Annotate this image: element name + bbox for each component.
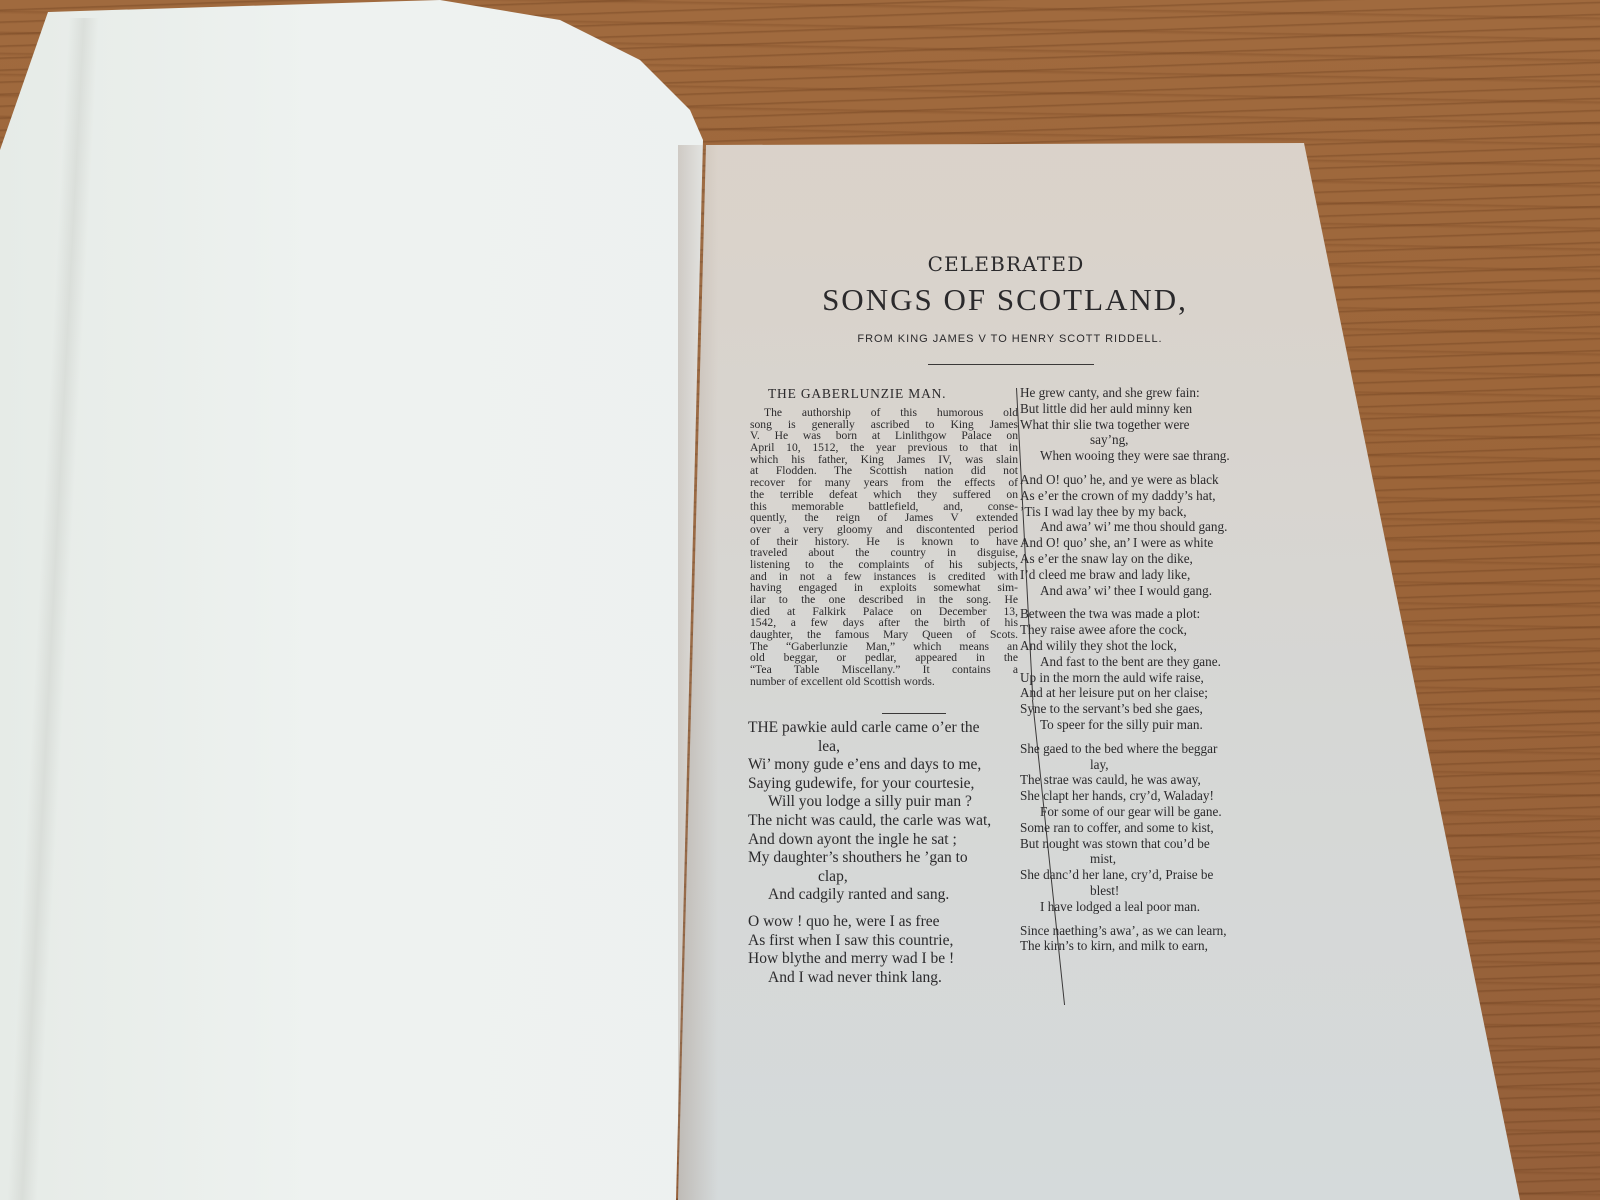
verse-line: clap,	[748, 868, 1060, 887]
intro-line: over a very gloomy and discontented peri…	[750, 524, 1018, 536]
verse-line: He grew canty, and she grew fain:	[1020, 385, 1400, 401]
verse-line: And wilily they shot the lock,	[1020, 638, 1400, 654]
intro-line: the terrible defeat which they suffered …	[750, 489, 1018, 501]
verse-line: I’d cleed me braw and lady like,	[1020, 567, 1400, 583]
stanza-break	[1020, 915, 1400, 923]
heading-subtitle: FROM KING JAMES V TO HENRY SCOTT RIDDELL…	[830, 333, 1190, 345]
verse-line: As e’er the snaw lay on the dike,	[1020, 551, 1400, 567]
verse-line: She danc’d her lane, cry’d, Praise be	[1020, 867, 1400, 883]
verse-line: And awa’ wi’ me thou should gang.	[1020, 519, 1400, 535]
intro-line: The authorship of this humorous old	[750, 407, 1018, 419]
verse-line: lay,	[1020, 757, 1400, 773]
verse-line: When wooing they were sae thrang.	[1020, 448, 1400, 464]
verse-line: Saying gudewife, for your courtesie,	[748, 775, 1060, 794]
stanza-break	[1020, 733, 1400, 741]
verse-line: My daughter’s shouthers he ’gan to	[748, 849, 1060, 868]
verse-line: She gaed to the bed where the beggar	[1020, 741, 1400, 757]
verse-line: And O! quo’ she, an’ I were as white	[1020, 535, 1400, 551]
verse-line: Wi’ mony gude e’ens and days to me,	[748, 756, 1060, 775]
verse-line: And at her leisure put on her claise;	[1020, 685, 1400, 701]
verse-line: But little did her auld minny ken	[1020, 401, 1400, 417]
intro-line: number of excellent old Scottish words.	[750, 676, 1018, 688]
song-introduction: The authorship of this humorous oldsong …	[750, 407, 1018, 688]
verse-line: And O! quo’ he, and ye were as black	[1020, 472, 1400, 488]
verse-line: O wow ! quo he, were I as free	[748, 913, 1060, 932]
intro-line: April 10, 1512, the year previous to tha…	[750, 442, 1018, 454]
verse-line: Will you lodge a silly puir man ?	[748, 793, 1060, 812]
heading-celebrated: CELEBRATED	[916, 252, 1096, 276]
verse-line: mist,	[1020, 851, 1400, 867]
verse-line: I have lodged a leal poor man.	[1020, 899, 1400, 915]
verse-line: As first when I saw this countrie,	[748, 932, 1060, 951]
stanza-break	[1020, 464, 1400, 472]
verse-line: And cadgily ranted and sang.	[748, 886, 1060, 905]
verse-line: What thir slie twa together were	[1020, 417, 1400, 433]
verse-line: But nought was stown that cou’d be	[1020, 836, 1400, 852]
verse-line: The kirn’s to kirn, and milk to earn,	[1020, 938, 1400, 954]
verse-line: blest!	[1020, 883, 1400, 899]
verse-line: And awa’ wi’ thee I would gang.	[1020, 583, 1400, 599]
verse-line: And fast to the bent are they gane.	[1020, 654, 1400, 670]
stanza-break	[748, 905, 1060, 913]
intro-line: listening to the complaints of his subje…	[750, 559, 1018, 571]
verse-line: For some of our gear will be gane.	[1020, 804, 1400, 820]
verse-line: To speer for the silly puir man.	[1020, 717, 1400, 733]
verse-line: As e’er the crown of my daddy’s hat,	[1020, 488, 1400, 504]
heading-songs-of-scotland: SONGS OF SCOTLAND,	[770, 282, 1240, 318]
verse-line: Since naething’s awa’, as we can learn,	[1020, 923, 1400, 939]
stanza-break	[1020, 598, 1400, 606]
verse-line: Up in the morn the auld wife raise,	[1020, 670, 1400, 686]
verse-line: And I wad never think lang.	[748, 969, 1060, 988]
heading-rule	[928, 364, 1094, 365]
verse-line: The strae was cauld, he was away,	[1020, 772, 1400, 788]
section-rule	[882, 713, 946, 714]
verse-line: ’Tis I wad lay thee by my back,	[1020, 504, 1400, 520]
verse-line: Between the twa was made a plot:	[1020, 606, 1400, 622]
verse-line: The nicht was cauld, the carle was wat,	[748, 812, 1060, 831]
verse-line: They raise awee afore the cock,	[1020, 622, 1400, 638]
verse-line: lea,	[748, 738, 1060, 757]
intro-line: ilar to the one described in the song. H…	[750, 594, 1018, 606]
verse-line: say’ng,	[1020, 432, 1400, 448]
verse-line: She clapt her hands, cry’d, Waladay!	[1020, 788, 1400, 804]
verses-left-column: THE pawkie auld carle came o’er thelea,W…	[748, 719, 1060, 987]
intro-line: daughter, the famous Mary Queen of Scots…	[750, 629, 1018, 641]
verse-line: Some ran to coffer, and some to kist,	[1020, 820, 1400, 836]
verse-line: And down ayont the ingle he sat ;	[748, 831, 1060, 850]
page-text: CELEBRATED SONGS OF SCOTLAND, FROM KING …	[0, 0, 1600, 1200]
verse-line: Syne to the servant’s bed she gaes,	[1020, 701, 1400, 717]
verse-line: How blythe and merry wad I be !	[748, 950, 1060, 969]
verses-right-column: He grew canty, and she grew fain:But lit…	[1020, 385, 1400, 954]
song-title: THE GABERLUNZIE MAN.	[768, 386, 946, 402]
verse-line: THE pawkie auld carle came o’er the	[748, 719, 1060, 738]
